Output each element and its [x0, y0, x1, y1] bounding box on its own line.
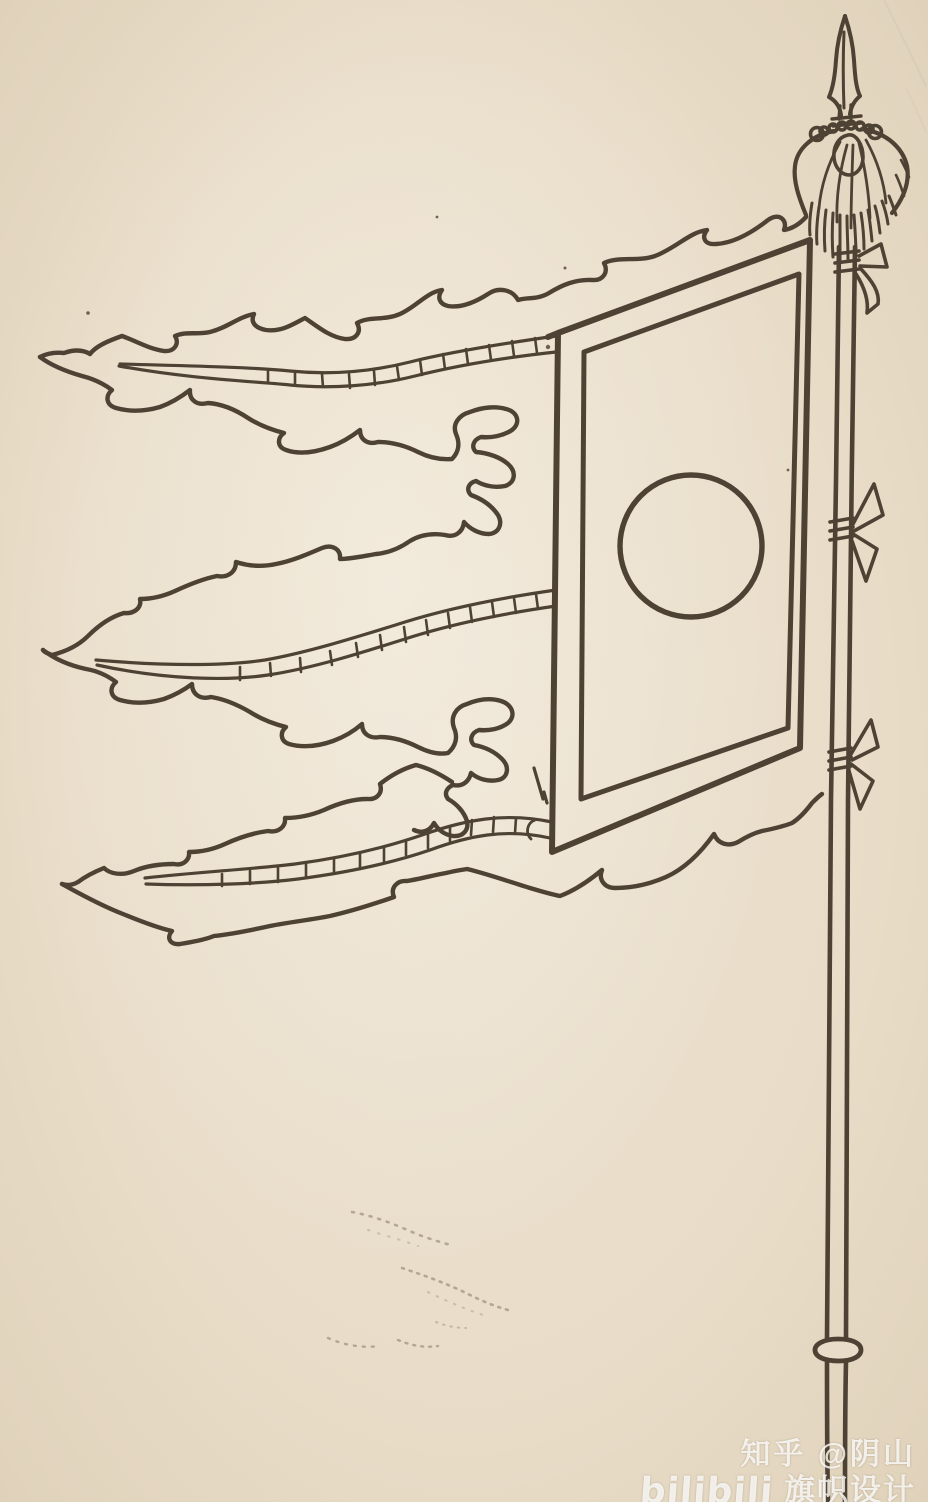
spearhead-finial	[829, 16, 861, 126]
streamer-spine-middle	[96, 590, 556, 680]
watermark-bilibili-line: bilibili旗帜设计	[640, 1471, 916, 1502]
streamer-spine-top	[119, 336, 556, 388]
watermark-zhihu-line: 知乎 @阴山	[640, 1439, 916, 1470]
ink-smudges	[328, 1212, 508, 1347]
pole-joint	[815, 1339, 861, 1361]
flame-streamer-middle	[43, 590, 556, 836]
paper-crease	[884, 0, 926, 132]
circle-emblem	[620, 475, 762, 617]
flag-panel	[548, 240, 810, 852]
illustration-canvas	[0, 0, 928, 1502]
ribbon-tie-top	[835, 244, 887, 313]
bilibili-logo: bilibili	[639, 1473, 775, 1502]
flame-streamer-bottom	[62, 765, 822, 944]
ribbon-tie-lower	[829, 720, 878, 809]
ink-specks	[86, 216, 789, 472]
flag-inner-frame	[581, 274, 799, 799]
watermark: 知乎 @阴山 bilibili旗帜设计	[640, 1439, 916, 1502]
stray-dashes	[534, 768, 547, 803]
flag-pole	[827, 247, 855, 1502]
flag-outer-frame	[548, 240, 810, 852]
woodcut-flag-illustration: 知乎 @阴山 bilibili旗帜设计	[0, 0, 928, 1502]
watermark-design-text: 旗帜设计	[784, 1473, 916, 1502]
